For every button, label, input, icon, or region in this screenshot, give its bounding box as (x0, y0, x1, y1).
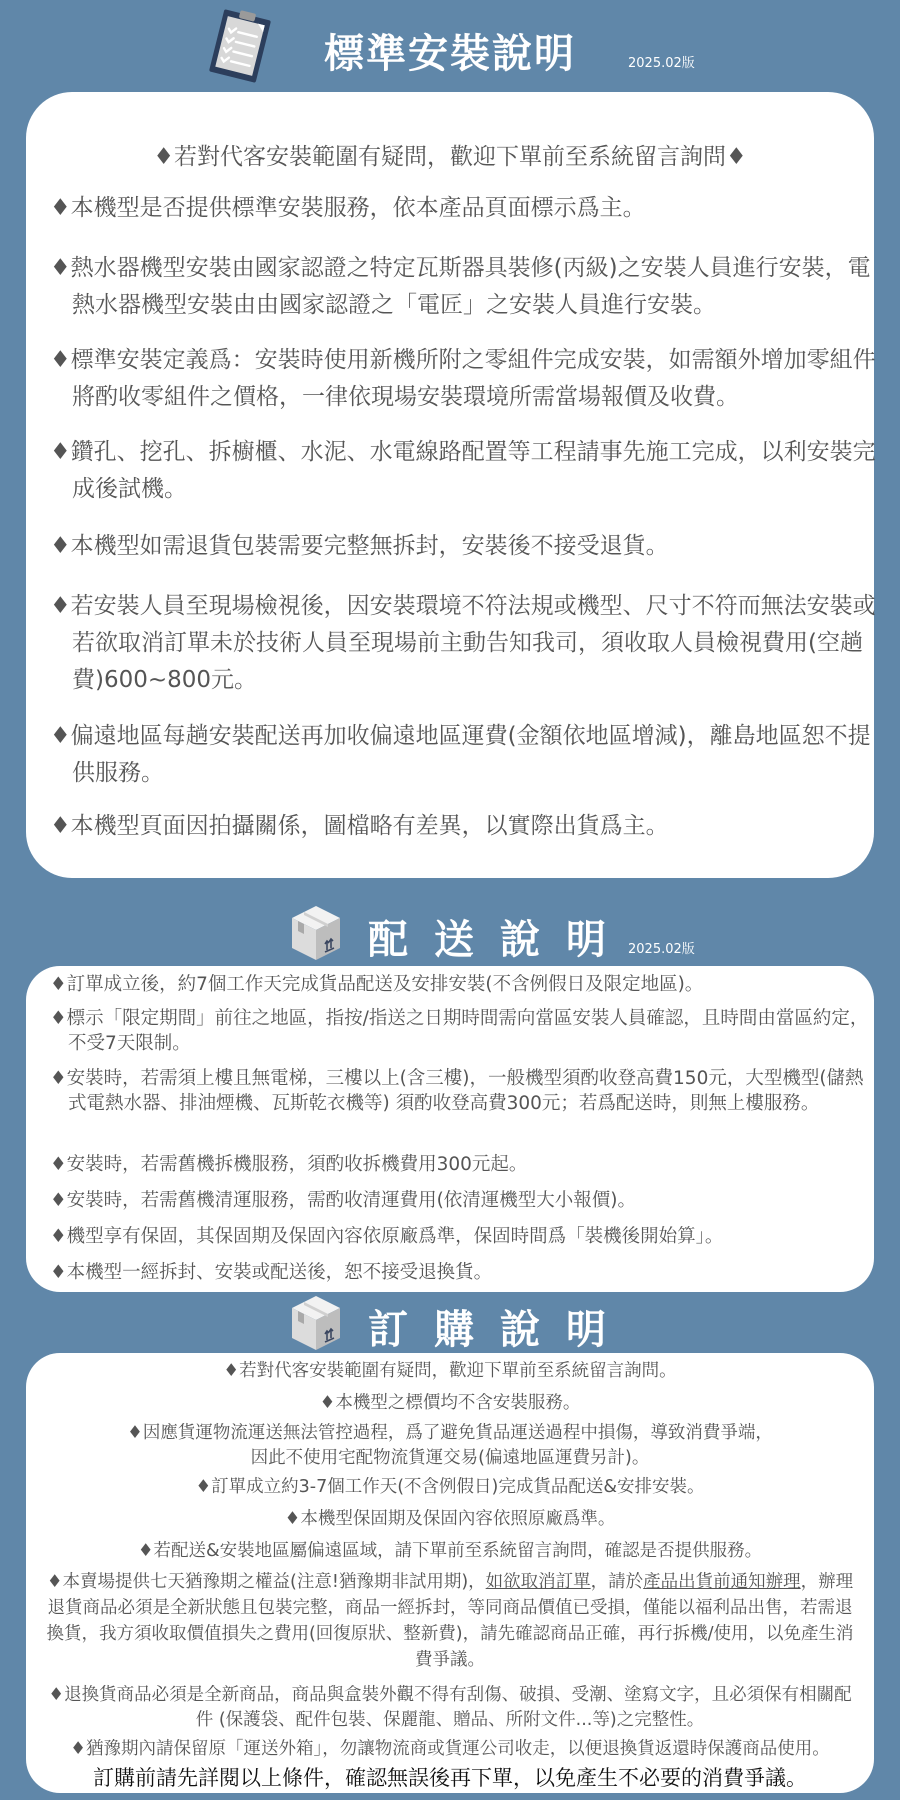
install-item: ♦本機型是否提供標準安裝服務，依本產品頁面標示爲主。 (50, 190, 880, 227)
cardboard-box-icon (290, 904, 342, 962)
order-item: ♦猶豫期內請保留原「運送外箱」，勿讓物流商或貨運公司收走，以便退換貨返還時保護商… (40, 1737, 860, 1762)
cooling-off-text: ♦本賣場提供七天猶豫期之權益(注意!猶豫期非試用期)， (47, 1572, 486, 1592)
install-item: ♦本機型頁面因拍攝關係，圖檔略有差異，以實際出貨爲主。 (50, 808, 880, 845)
cooling-off-notice: ♦本賣場提供七天猶豫期之權益(注意!猶豫期非試用期)，如欲取消訂單，請於產品出貨… (40, 1569, 860, 1673)
install-section-title: 標準安裝說明 (324, 22, 576, 79)
delivery-item: ♦標示「限定期間」前往之地區，指按/指送之日期時間需向當區安裝人員確認，且時間由… (50, 1006, 880, 1056)
order-card: ♦若對代客安裝範圍有疑問，歡迎下單前至系統留言詢問。 ♦本機型之標價均不含安裝服… (26, 1353, 874, 1793)
order-item: ♦退換貨商品必須是全新商品，商品與盒裝外觀不得有刮傷、破損、受潮、塗寫文字，且必… (40, 1683, 860, 1733)
delivery-item: ♦安裝時，若需舊機清運服務，需酌收清運費用(依清運機型大小報價)。 (50, 1188, 880, 1213)
clipboard-checklist-icon (208, 8, 272, 84)
install-item: ♦熱水器機型安裝由國家認證之特定瓦斯器具裝修(丙級)之安裝人員進行安裝，電熱水器… (50, 250, 880, 324)
cooling-off-text: ，請於 (591, 1572, 644, 1592)
delivery-item: ♦本機型一經拆封、安裝或配送後，恕不接受退換貨。 (50, 1260, 880, 1285)
install-card: ♦若對代客安裝範圍有疑問，歡迎下單前至系統留言詢問♦ ♦本機型是否提供標準安裝服… (26, 92, 874, 878)
order-item: ♦本機型之標價均不含安裝服務。 (40, 1391, 860, 1416)
order-item: ♦本機型保固期及保固內容依照原廠爲準。 (40, 1507, 860, 1532)
install-lead-notice: ♦若對代客安裝範圍有疑問，歡迎下單前至系統留言詢問♦ (26, 138, 874, 171)
cardboard-box-icon (290, 1294, 342, 1352)
install-item: ♦若安裝人員至現場檢視後，因安裝環境不符法規或機型、尺寸不符而無法安裝或若欲取消… (50, 588, 880, 699)
cancel-order-link-text: 如欲取消訂單 (486, 1572, 591, 1592)
install-item: ♦偏遠地區每趟安裝配送再加收偏遠地區運費(金額依地區增減)，離島地區恕不提供服務… (50, 718, 880, 792)
delivery-section-title: 配送說明 (368, 908, 632, 965)
install-section-version: 2025.02版 (628, 52, 695, 71)
order-item: ♦若對代客安裝範圍有疑問，歡迎下單前至系統留言詢問。 (40, 1359, 860, 1384)
install-item: ♦本機型如需退貨包裝需要完整無拆封，安裝後不接受退貨。 (50, 528, 880, 565)
install-item: ♦鑽孔、挖孔、拆櫥櫃、水泥、水電線路配置等工程請事先施工完成，以利安裝完成後試機… (50, 434, 880, 508)
delivery-item: ♦安裝時，若需須上樓且無電梯，三樓以上(含三樓)，一般機型須酌收登高費150元，… (50, 1066, 880, 1116)
delivery-card: ♦訂單成立後，約7個工作天完成貨品配送及安排安裝(不含例假日及限定地區)。 ♦標… (26, 966, 874, 1292)
delivery-item: ♦訂單成立後，約7個工作天完成貨品配送及安排安裝(不含例假日及限定地區)。 (50, 972, 880, 997)
delivery-item: ♦安裝時，若需舊機拆機服務，須酌收拆機費用300元起。 (50, 1152, 880, 1177)
delivery-section-version: 2025.02版 (628, 938, 695, 957)
notify-before-shipping-text: 產品出貨前通知辦理 (643, 1572, 801, 1592)
install-item: ♦標準安裝定義爲：安裝時使用新機所附之零組件完成安裝，如需額外增加零組件將酌收零… (50, 342, 880, 416)
order-item: ♦因應貨運物流運送無法管控過程，爲了避免貨品運送過程中損傷，導致消費爭端， 因此… (40, 1421, 860, 1471)
order-section-title: 訂購說明 (368, 1298, 632, 1355)
order-item: ♦訂單成立約3-7個工作天(不含例假日)完成貨品配送&安排安裝。 (40, 1475, 860, 1500)
delivery-item: ♦機型享有保固，其保固期及保固內容依原廠爲準，保固時間爲「裝機後開始算」。 (50, 1224, 880, 1249)
order-item: ♦若配送&安裝地區屬偏遠區域，請下單前至系統留言詢問，確認是否提供服務。 (40, 1539, 860, 1564)
final-notice: 訂購前請先詳閱以上條件，確認無誤後再下單，以免產生不必要的消費爭議。 (26, 1765, 874, 1791)
